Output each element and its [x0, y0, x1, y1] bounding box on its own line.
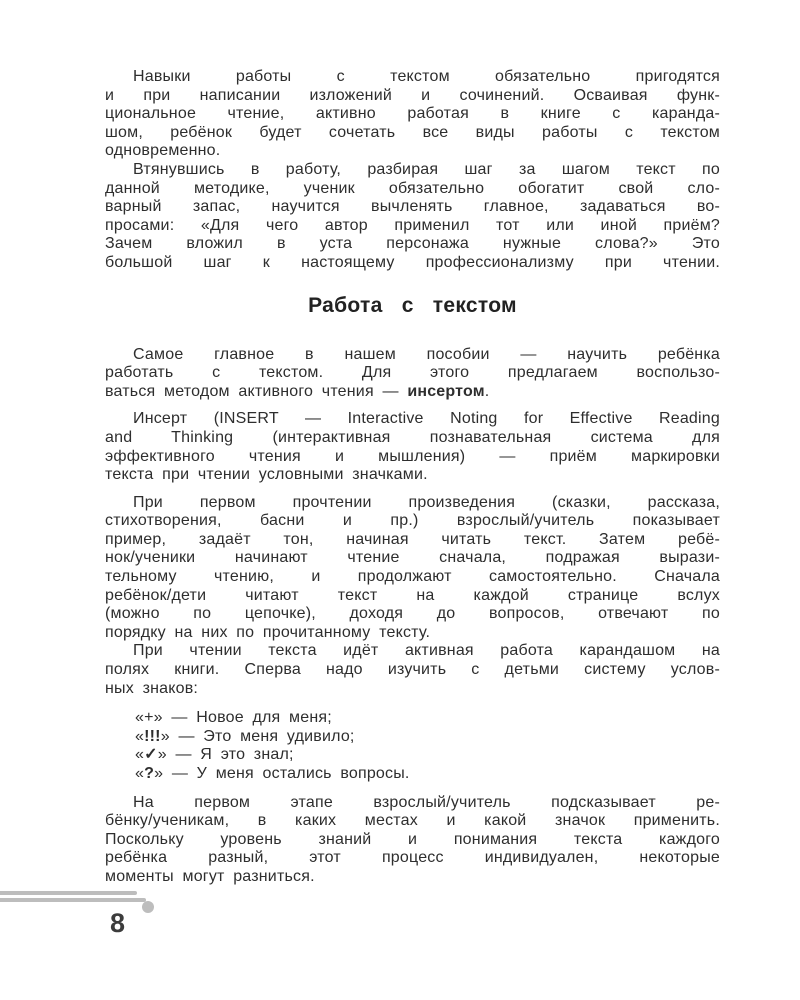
- symbol-list-item: «+» — Новое для меня;: [135, 709, 720, 728]
- para-first-reading: При первом прочтении произведения (сказк…: [105, 494, 720, 643]
- text-line: циональное чтение, активно работая в кни…: [105, 105, 720, 124]
- para-skills: Навыки работы с текстом обязательно приг…: [105, 68, 720, 161]
- text-line: (можно по цепочке), доходя до вопросов, …: [105, 605, 720, 624]
- footer-ornament-line-top: [0, 891, 137, 895]
- symbol-list-item: «✓» — Я это знал;: [135, 746, 720, 765]
- footer-ornament-line-bottom: [0, 898, 146, 902]
- text-line: При чтении текста идёт активная работа к…: [105, 642, 720, 661]
- symbol-list-item: «!!!» — Это меня удивило;: [135, 728, 720, 747]
- text-line: На первом этапе взрослый/учитель подсказ…: [105, 794, 720, 813]
- text-line: ребёнок/дети читают текст на каждой стра…: [105, 587, 720, 606]
- para-main-goal: Самое главное в нашем пособии — научить …: [105, 346, 720, 402]
- text-line: пример, задаёт тон, начиная читать текст…: [105, 531, 720, 550]
- para-pencil-work: При чтении текста идёт активная работа к…: [105, 642, 720, 698]
- heading-work-with-text: Работа с текстом: [105, 293, 720, 319]
- text-line: одновременно.: [105, 142, 720, 161]
- para-engagement: Втянувшись в работу, разбирая шаг за шаг…: [105, 161, 720, 273]
- text-line: варный запас, научится вычленять главное…: [105, 198, 720, 217]
- text-line: тельному чтению, и продолжают самостояте…: [105, 568, 720, 587]
- text-line: данной методике, ученик обязательно обог…: [105, 180, 720, 199]
- page-body: Навыки работы с текстом обязательно приг…: [105, 68, 720, 887]
- list-symbols: «+» — Новое для меня;«!!!» — Это меня уд…: [105, 709, 720, 783]
- text-line: ребёнка разный, этот процесс индивидуале…: [105, 849, 720, 868]
- footer-ornament-dot: [142, 901, 154, 913]
- text-line: Поскольку уровень знаний и понимания тек…: [105, 831, 720, 850]
- text-line: бёнку/ученикам, в каких местах и какой з…: [105, 812, 720, 831]
- text-line: Втянувшись в работу, разбирая шаг за шаг…: [105, 161, 720, 180]
- symbol-list-item: «?» — У меня остались вопросы.: [135, 765, 720, 784]
- text-line: Инсерт (INSERT — Interactive Noting for …: [105, 410, 720, 429]
- text-line: and Thinking (интерактивная познавательн…: [105, 429, 720, 448]
- text-line: шом, ребёнок будет сочетать все виды раб…: [105, 124, 720, 143]
- text-line: стихотворения, басни и пр.) взрослый/учи…: [105, 512, 720, 531]
- text-line: Навыки работы с текстом обязательно приг…: [105, 68, 720, 87]
- text-line: полях книги. Сперва надо изучить с детьм…: [105, 661, 720, 680]
- text-line: большой шаг к настоящему профессионализм…: [105, 254, 720, 273]
- text-line: эффективного чтения и мышления) — приём …: [105, 448, 720, 467]
- page-number: 8: [110, 908, 125, 939]
- text-line: Самое главное в нашем пособии — научить …: [105, 346, 720, 365]
- text-line: и при написании изложений и сочинений. О…: [105, 87, 720, 106]
- para-first-stage: На первом этапе взрослый/учитель подсказ…: [105, 794, 720, 887]
- book-page: Навыки работы с текстом обязательно приг…: [0, 0, 800, 1000]
- text-line: При первом прочтении произведения (сказк…: [105, 494, 720, 513]
- text-line: нок/ученики начинают чтение сначала, под…: [105, 549, 720, 568]
- text-line: Зачем вложил в уста персонажа нужные сло…: [105, 235, 720, 254]
- para-insert-definition: Инсерт (INSERT — Interactive Noting for …: [105, 410, 720, 484]
- text-line: просами: «Для чего автор применил тот ил…: [105, 217, 720, 236]
- text-line: работать с текстом. Для этого предлагаем…: [105, 364, 720, 383]
- text-line: ваться методом активного чтения — инсерт…: [105, 383, 720, 402]
- text-line: моменты могут разниться.: [105, 868, 720, 887]
- text-line: порядку на них по прочитанному тексту.: [105, 624, 720, 643]
- text-line: текста при чтении условными значками.: [105, 466, 720, 485]
- text-line: ных знаков:: [105, 680, 720, 699]
